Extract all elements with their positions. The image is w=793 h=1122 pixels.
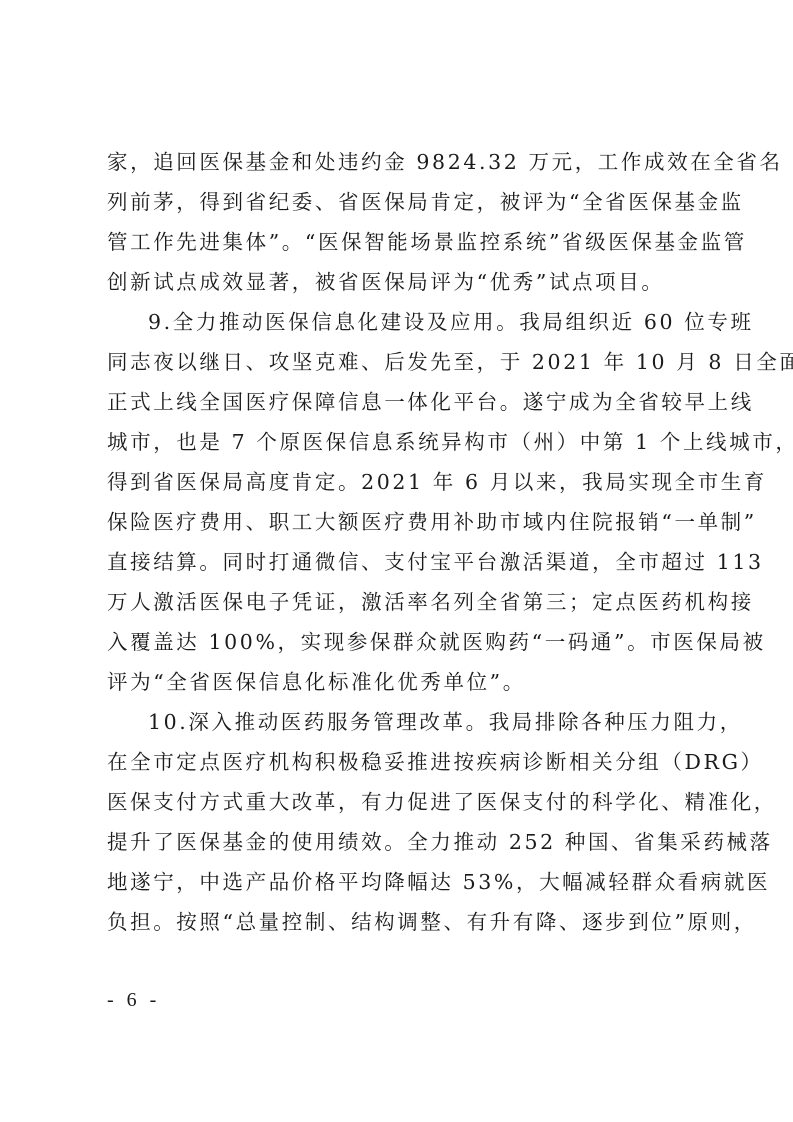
paragraph-item-9: 9.全力推动医保信息化建设及应用。我局组织近 60 位专班 同志夜以继日、攻坚克… xyxy=(107,302,693,702)
document-body: 家，追回医保基金和处违约金 9824.32 万元，工作成效在全省名 列前茅，得到… xyxy=(107,142,693,942)
text-line: 负担。按照“总量控制、结构调整、有升有降、逐步到位”原则， xyxy=(107,902,693,942)
text-line: 直接结算。同时打通微信、支付宝平台激活渠道，全市超过 113 xyxy=(107,542,693,582)
text-line: 城市，也是 7 个原医保信息系统异构市（州）中第 1 个上线城市， xyxy=(107,422,693,462)
text-line: 管工作先进集体”。“医保智能场景监控系统”省级医保基金监管 xyxy=(107,222,693,262)
text-line: 正式上线全国医疗保障信息一体化平台。遂宁成为全省较早上线 xyxy=(107,382,693,422)
text-line: 9.全力推动医保信息化建设及应用。我局组织近 60 位专班 xyxy=(107,302,693,342)
text-line: 地遂宁，中选产品价格平均降幅达 53%，大幅减轻群众看病就医 xyxy=(107,862,693,902)
text-line: 在全市定点医疗机构积极稳妥推进按疾病诊断相关分组（DRG） xyxy=(107,742,693,782)
text-line: 得到省医保局高度肯定。2021 年 6 月以来，我局实现全市生育 xyxy=(107,462,693,502)
paragraph-continuation: 家，追回医保基金和处违约金 9824.32 万元，工作成效在全省名 列前茅，得到… xyxy=(107,142,693,302)
text-line: 入覆盖达 100%，实现参保群众就医购药“一码通”。市医保局被 xyxy=(107,622,693,662)
text-line: 提升了医保基金的使用绩效。全力推动 252 种国、省集采药械落 xyxy=(107,822,693,862)
text-line: 创新试点成效显著，被省医保局评为“优秀”试点项目。 xyxy=(107,262,693,302)
text-line: 评为“全省医保信息化标准化优秀单位”。 xyxy=(107,662,693,702)
text-line: 列前茅，得到省纪委、省医保局肯定，被评为“全省医保基金监 xyxy=(107,182,693,222)
page-number: - 6 - xyxy=(107,988,160,1012)
paragraph-item-10: 10.深入推动医药服务管理改革。我局排除各种压力阻力， 在全市定点医疗机构积极稳… xyxy=(107,702,693,942)
text-line: 医保支付方式重大改革，有力促进了医保支付的科学化、精准化， xyxy=(107,782,693,822)
text-line: 家，追回医保基金和处违约金 9824.32 万元，工作成效在全省名 xyxy=(107,142,693,182)
text-line: 保险医疗费用、职工大额医疗费用补助市域内住院报销“一单制” xyxy=(107,502,693,542)
text-line: 10.深入推动医药服务管理改革。我局排除各种压力阻力， xyxy=(107,702,693,742)
text-line: 万人激活医保电子凭证，激活率名列全省第三；定点医药机构接 xyxy=(107,582,693,622)
text-line: 同志夜以继日、攻坚克难、后发先至，于 2021 年 10 月 8 日全面 xyxy=(107,342,693,382)
